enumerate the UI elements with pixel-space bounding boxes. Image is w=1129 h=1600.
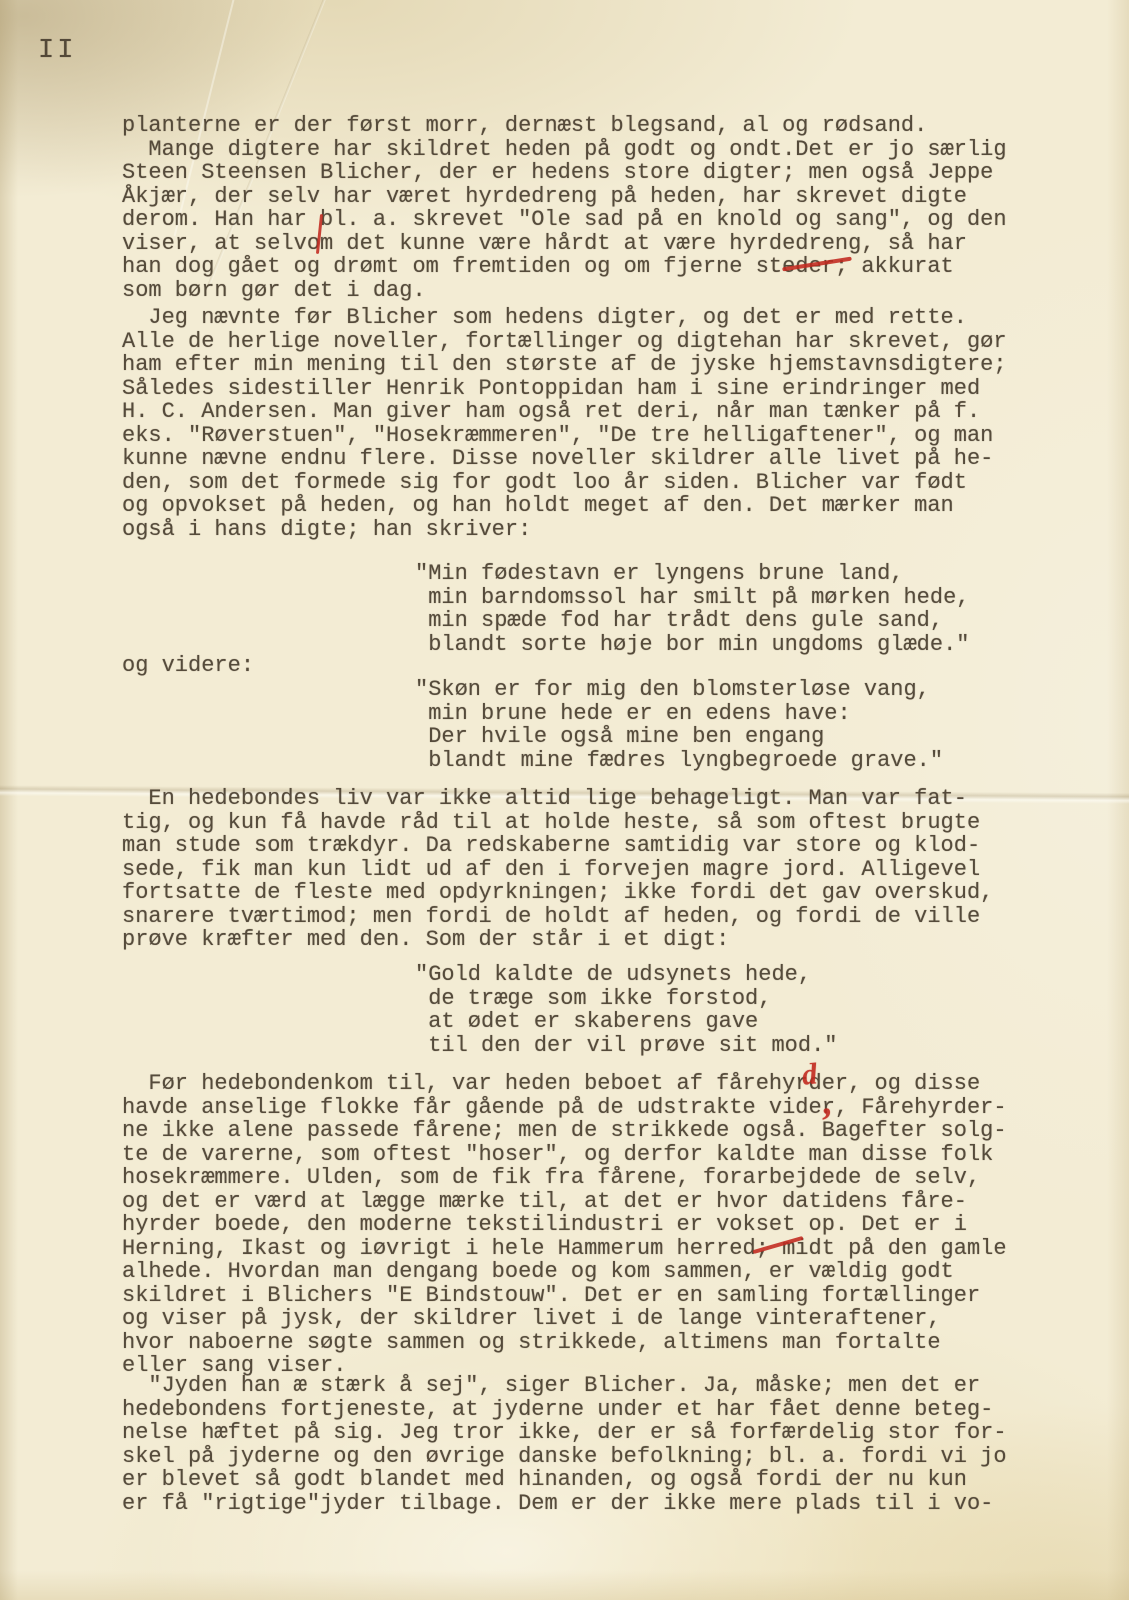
red-ink-handwritten-d: d [800,1057,818,1092]
poem-interlude: og videre: [122,654,254,678]
document-page: II planterne er der først morr, dernæst … [0,0,1129,1600]
paragraph-4: Før hedebondenkom til, var heden beboet … [122,1072,1007,1378]
poem-1: "Min fødestavn er lyngens brune land, mi… [415,562,970,656]
paragraph-5: "Jyden han æ stærk å sej", siger Blicher… [122,1374,1007,1515]
poem-2: "Skøn er for mig den blomsterløse vang, … [415,678,943,772]
page-number: II [38,40,76,64]
paragraph-2: Jeg nævnte før Blicher som hedens digter… [122,306,1007,541]
paragraph-1: planterne er der først morr, dernæst ble… [122,114,1007,302]
red-ink-handwritten-comma: , [823,1080,834,1124]
poem-3: "Gold kaldte de udsynets hede, de træge … [415,963,837,1057]
paragraph-3: En hedebondes liv var ikke altid lige be… [122,787,993,952]
